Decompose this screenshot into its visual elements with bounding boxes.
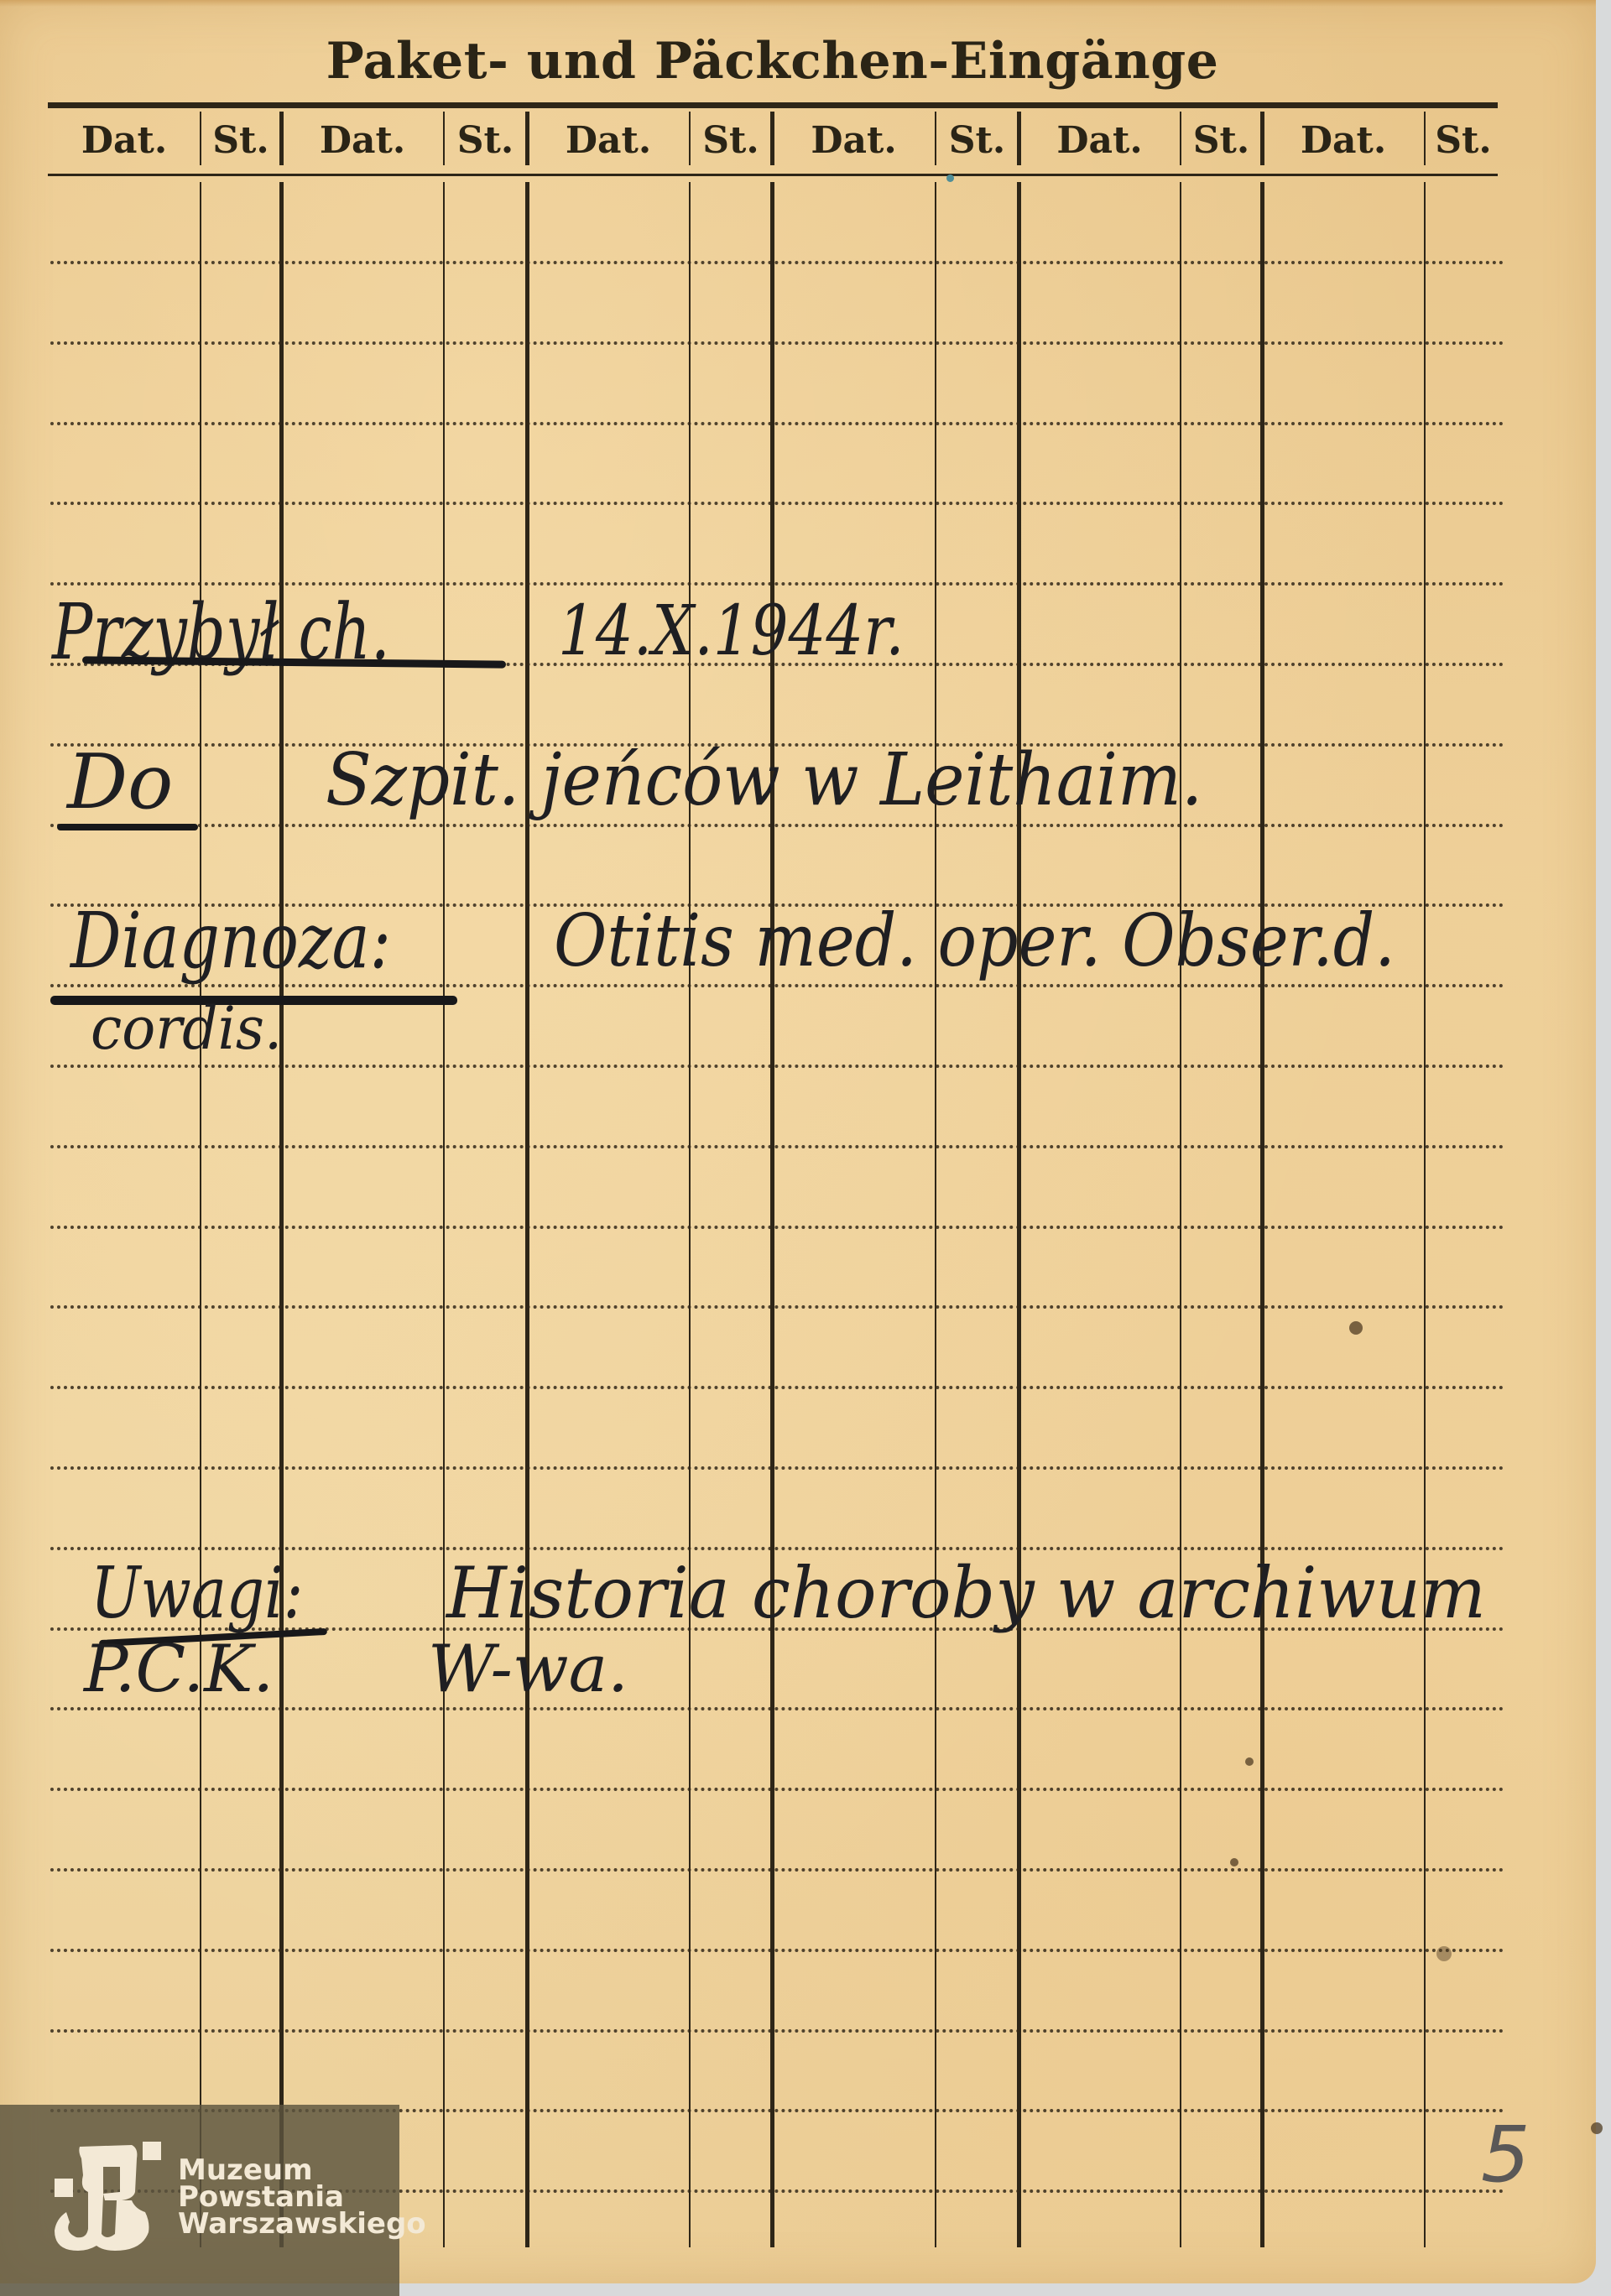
- destination-label: Do: [67, 738, 173, 826]
- watermark-line-3: Warszawskiego: [178, 2210, 426, 2238]
- table-row: [50, 422, 1504, 425]
- column-divider: [1180, 112, 1181, 165]
- destination-value: Szpit. jeńców w Leithaim.: [326, 738, 1202, 822]
- table-row: [50, 582, 1504, 586]
- column-divider: [935, 112, 936, 165]
- table-row: [50, 1305, 1504, 1309]
- table-row: [50, 1547, 1504, 1550]
- column-divider: [1260, 112, 1264, 165]
- card-edge: [0, 0, 1596, 7]
- table-row: [50, 824, 1504, 827]
- column-divider: [1180, 182, 1181, 2247]
- table-row: [50, 1226, 1504, 1229]
- table-row: [50, 1386, 1504, 1389]
- remarks-city: W-wa.: [428, 1632, 628, 1707]
- arrival-date: 14.X.1944r.: [558, 591, 905, 671]
- table-row: [50, 261, 1504, 264]
- paper-spot: [1591, 2122, 1603, 2134]
- column-header-date: Dat.: [527, 116, 690, 166]
- table-row: [50, 1065, 1504, 1068]
- remarks-value: Historia choroby w archiwum: [446, 1552, 1486, 1634]
- remarks-organization: P.C.K.: [84, 1632, 274, 1707]
- column-header-st: St.: [1425, 116, 1502, 166]
- column-divider: [443, 112, 445, 165]
- column-divider: [1260, 182, 1264, 2247]
- paper-spot: [1245, 1757, 1254, 1766]
- table-row: [50, 1466, 1504, 1470]
- destination-underline: [57, 824, 198, 830]
- column-header-date: Dat.: [1019, 116, 1181, 166]
- column-divider: [1017, 112, 1021, 165]
- paper-spot: [1349, 1321, 1363, 1335]
- table-row: [50, 1949, 1504, 1952]
- ink-dot: [946, 174, 954, 182]
- column-divider: [525, 182, 529, 2247]
- table-row: [50, 341, 1504, 345]
- column-divider: [935, 182, 936, 2247]
- column-header-date: Dat.: [48, 116, 201, 166]
- column-divider: [689, 112, 691, 165]
- remarks-label: Uwagi:: [91, 1552, 303, 1634]
- table-row: [50, 1788, 1504, 1791]
- column-header-st: St.: [201, 116, 281, 166]
- column-header-date: Dat.: [772, 116, 936, 166]
- column-header-st: St.: [690, 116, 772, 166]
- column-divider: [770, 182, 774, 2247]
- column-divider: [200, 182, 201, 2247]
- header-rule: [48, 174, 1498, 176]
- column-header-st: St.: [1181, 116, 1262, 166]
- column-divider: [525, 112, 529, 165]
- column-divider: [1424, 182, 1426, 2247]
- column-header-date: Dat.: [1262, 116, 1425, 166]
- table-row: [50, 2029, 1504, 2033]
- column-divider: [279, 112, 284, 165]
- table-row: [50, 1707, 1504, 1710]
- column-divider: [770, 112, 774, 165]
- column-header-date: Dat.: [281, 116, 444, 166]
- column-divider: [689, 182, 691, 2247]
- paper-spot: [1230, 1858, 1238, 1866]
- top-rule: [48, 102, 1498, 108]
- column-divider: [1424, 112, 1426, 165]
- column-divider: [443, 182, 445, 2247]
- kotwica-logo-icon: [55, 2142, 164, 2252]
- diagnosis-continuation: cordis.: [91, 994, 282, 1063]
- diagnosis-label: Diagnoza:: [70, 896, 391, 986]
- page-number: 5: [1481, 2110, 1530, 2200]
- column-divider: [279, 182, 284, 2247]
- diagnosis-value: Otitis med. oper. Obser.d.: [554, 899, 1395, 983]
- column-header-st: St.: [936, 116, 1019, 166]
- column-divider: [200, 112, 201, 165]
- form-title: Paket- und Päckchen-Eingänge: [0, 32, 1545, 91]
- column-header-st: St.: [444, 116, 527, 166]
- table-row: [50, 502, 1504, 505]
- paper-spot: [1436, 1946, 1452, 1961]
- column-divider: [1017, 182, 1021, 2247]
- table-row: [50, 1145, 1504, 1148]
- table-row: [50, 1868, 1504, 1872]
